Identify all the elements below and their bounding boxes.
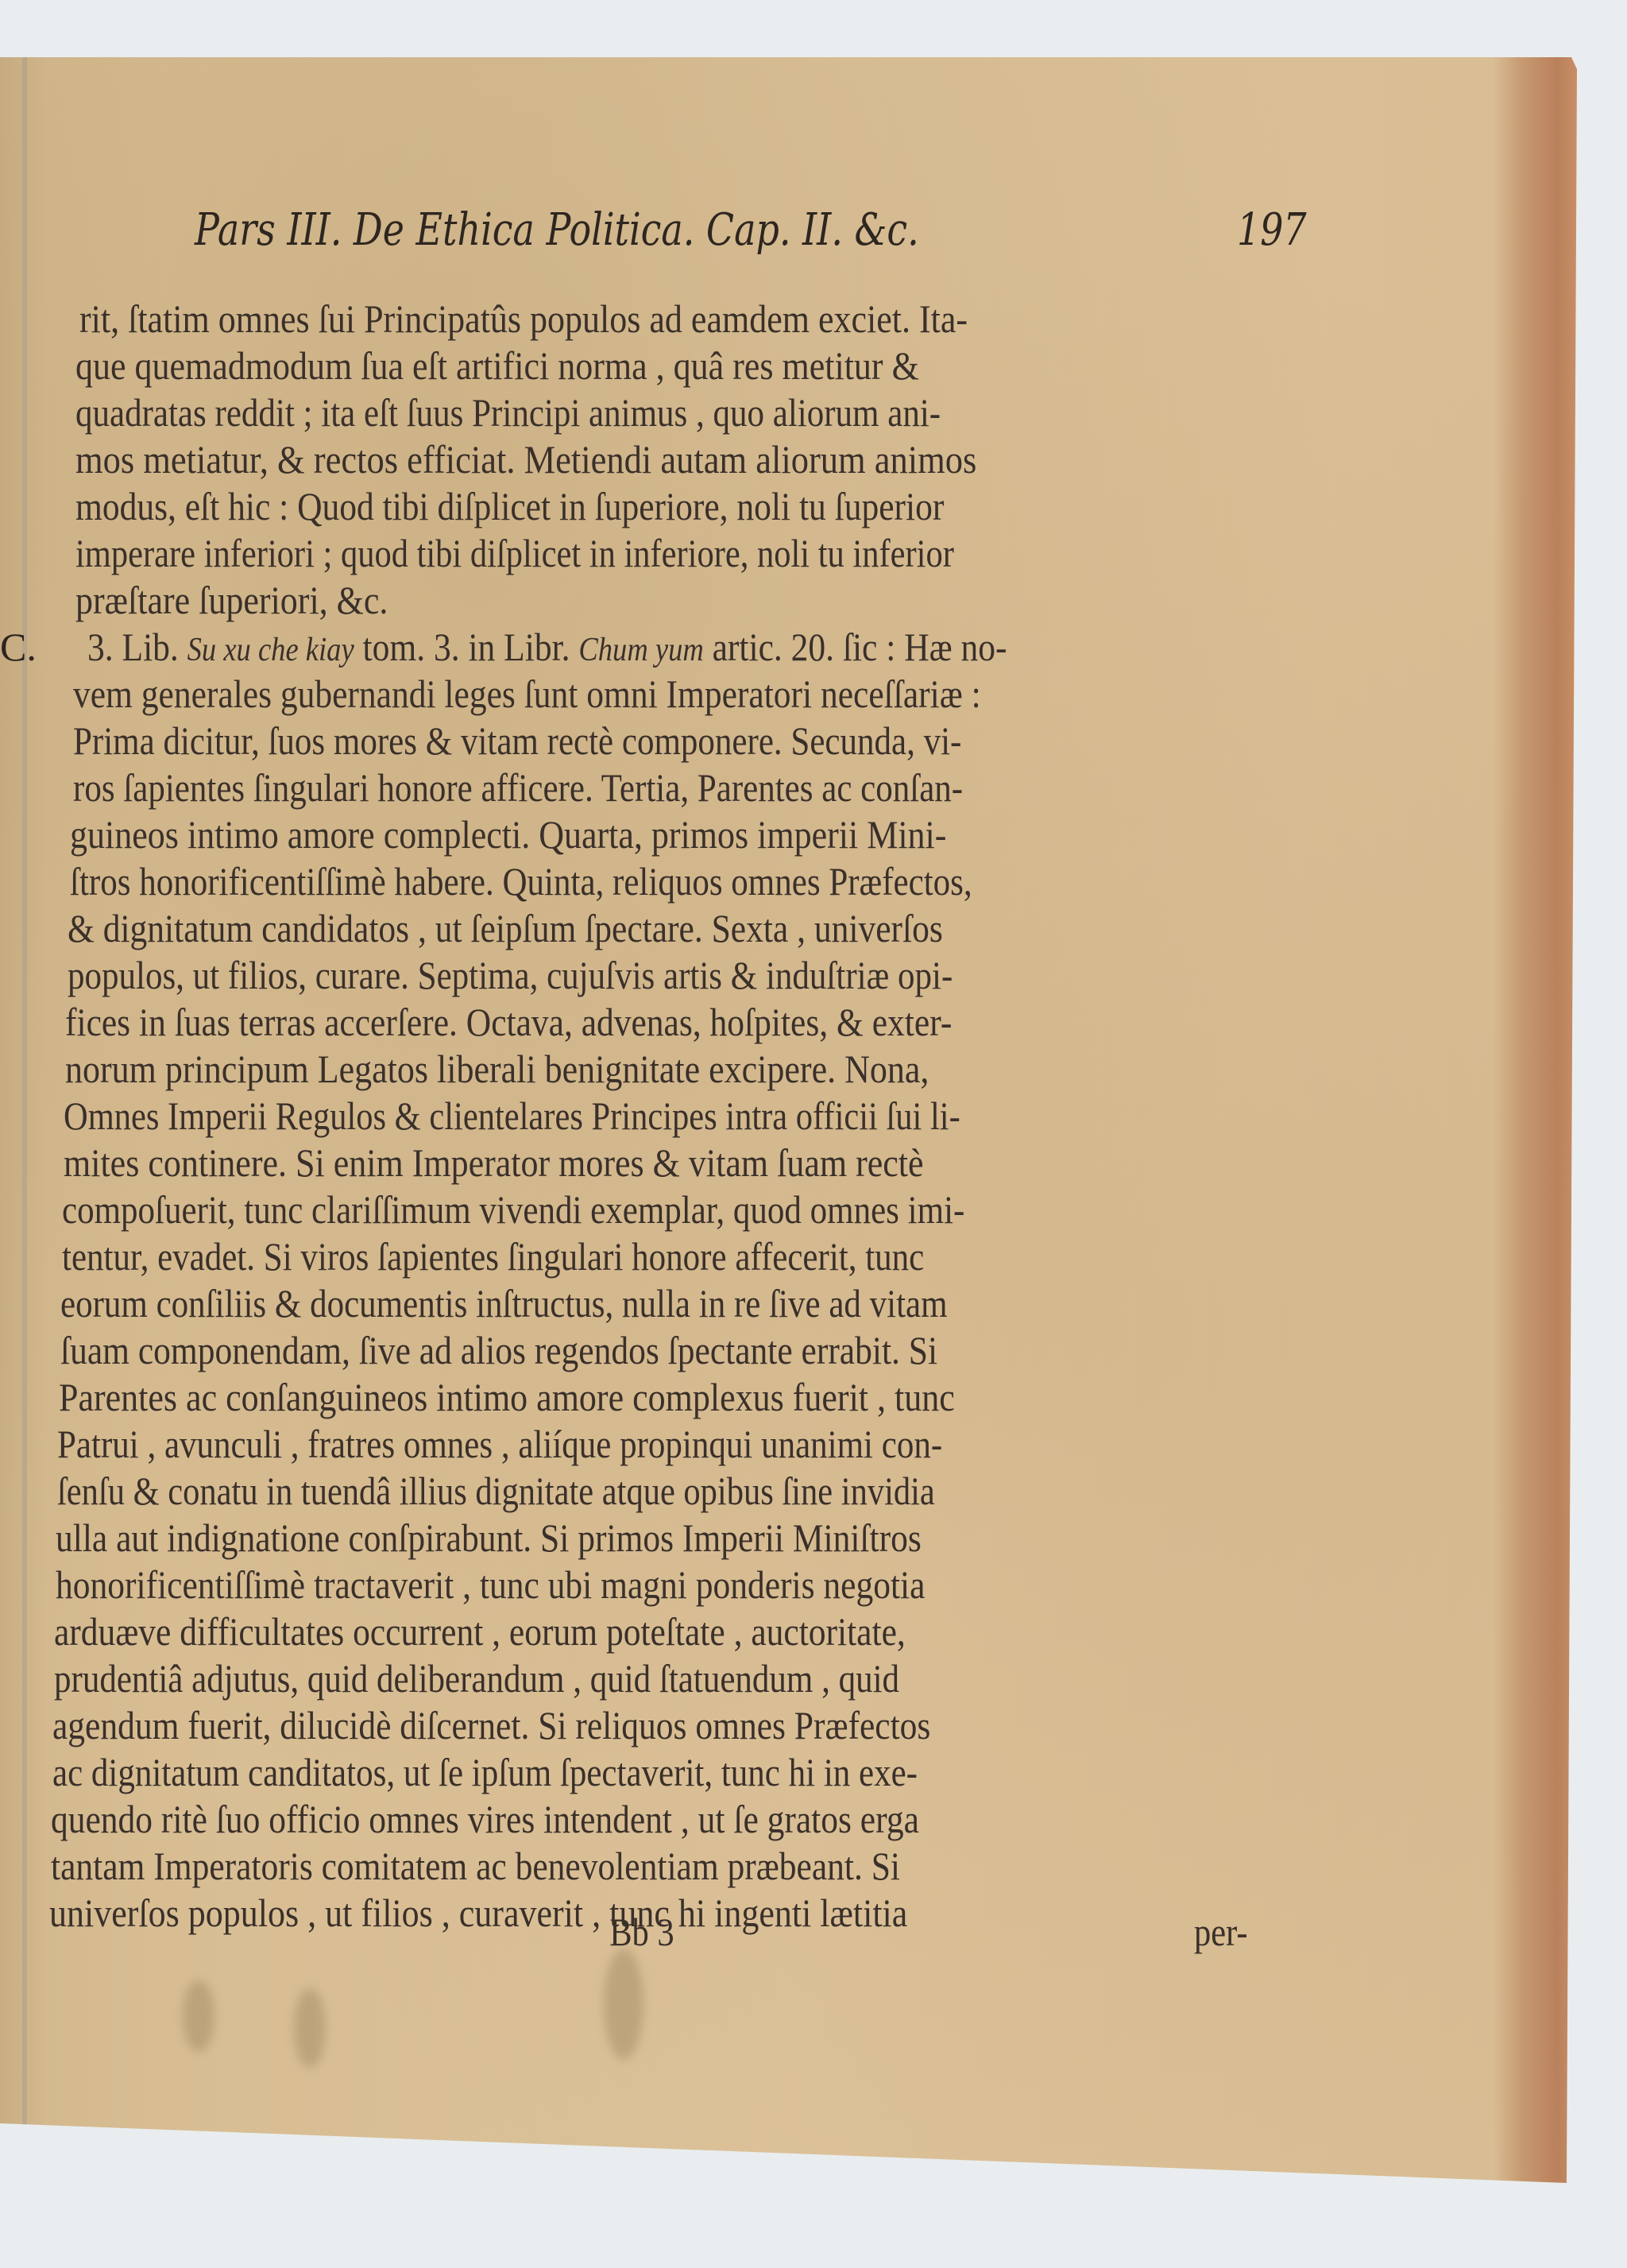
text-line: Prima dicitur, ſuos mores & vitam rectè … (73, 718, 961, 764)
foxing-stain (294, 1988, 326, 2068)
text-line: prudentiâ adjutus, quid deliberandum , q… (54, 1655, 899, 1702)
text-line: guineos intimo amore complecti. Quarta, … (70, 811, 946, 858)
text-line: norum principum Legatos liberali benigni… (65, 1046, 929, 1093)
book-page: Pars III. De Ethica Politica. Cap. II. &… (0, 57, 1577, 2183)
text-line: quendo ritè ſuo officio omnes vires inte… (51, 1796, 919, 1843)
text-line: vem generales gubernandi leges ſunt omni… (73, 671, 981, 718)
text-line: præſtare ſuperiori, &c. (75, 577, 388, 624)
text-line-citation: 3. Lib. Su xu che kiay tom. 3. in Libr. … (87, 624, 1007, 671)
text-line: Patrui , avunculi , fratres omnes , alií… (57, 1421, 942, 1468)
text-line: rit, ſtatim omnes ſui Principatûs populo… (79, 296, 968, 343)
text-line: agendum fuerit, dilucidè diſcernet. Si r… (52, 1702, 930, 1749)
text-line: arduæve difficultates occurrent , eorum … (54, 1608, 906, 1655)
page-number: 197 (1237, 204, 1307, 256)
text-line: ulla aut indignatione conſpirabunt. Si p… (56, 1515, 922, 1562)
foxing-stain (183, 1980, 214, 2052)
text-line: Omnes Imperii Regulos & clientelares Pri… (64, 1093, 960, 1140)
text-line: tentur, evadet. Si viros ſapientes ſingu… (62, 1233, 924, 1280)
text-line: ac dignitatum canditatos, ut ſe ipſum ſp… (52, 1749, 918, 1796)
citation-suffix: artic. 20. ſic : Hæ no- (704, 625, 1007, 669)
text-line: ros ſapientes ſingulari honore afficere.… (73, 764, 963, 811)
text-line: & dignitatum candidatos , ut ſeipſum ſpe… (68, 905, 943, 952)
text-line: compoſuerit, tunc clariſſimum vivendi ex… (62, 1186, 964, 1233)
text-line: quadratas reddit ; ita eſt ſuus Principi… (75, 389, 941, 436)
running-head-title: Pars III. De Ethica Politica. Cap. II. &… (195, 204, 919, 256)
text-line: ſtros honorificentiſſimè habere. Quinta,… (70, 858, 972, 905)
book-title-italic: Chum yum (578, 632, 703, 668)
text-line: ſenſu & conatu in tuendâ illius dignitat… (57, 1468, 935, 1515)
text-line: univerſos populos , ut filios , curaveri… (49, 1890, 907, 1937)
gutter-shadow (22, 57, 27, 2183)
text-line: mos metiatur, & rectos efficiat. Metiend… (75, 436, 976, 483)
text-line: Parentes ac conſanguineos intimo amore c… (59, 1374, 955, 1421)
text-line: mites continere. Si enim Imperator mores… (64, 1140, 924, 1186)
citation-prefix: 3. Lib. (87, 625, 187, 669)
text-line: imperare inferiori ; quod tibi diſplicet… (75, 530, 954, 577)
text-line: que quemadmodum ſua eſt artifici norma ,… (75, 343, 919, 389)
signature-mark: Bb 3 (609, 1909, 674, 1955)
text-line: honorificentiſſimè tractaverit , tunc ub… (56, 1562, 925, 1608)
foxing-stain (604, 1949, 643, 2060)
text-line: eorum conſiliis & documentis inſtructus,… (60, 1280, 948, 1327)
text-line: modus, eſt hic : Quod tibi diſplicet in … (75, 483, 944, 530)
text-line: tantam Imperatoris comitatem ac benevole… (51, 1843, 900, 1890)
running-head: Pars III. De Ethica Politica. Cap. II. &… (195, 204, 1080, 268)
text-line: ſuam componendam, ſive ad alios regendos… (60, 1327, 937, 1374)
citation-mid: tom. 3. in Libr. (354, 625, 579, 669)
catchword: per- (1194, 1909, 1248, 1955)
text-line: populos, ut filios, curare. Septima, cuj… (68, 952, 953, 999)
book-title-italic: Su xu che kiay (187, 632, 354, 668)
text-line: fices in ſuas terras accerſere. Octava, … (65, 999, 952, 1046)
margin-reference: C. (0, 624, 37, 670)
